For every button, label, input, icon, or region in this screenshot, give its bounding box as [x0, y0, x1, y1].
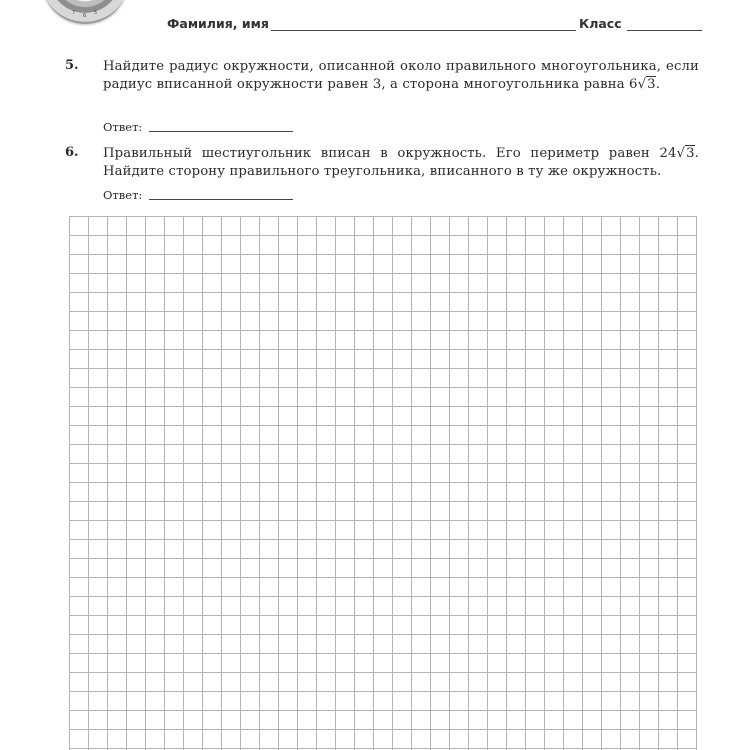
name-label: Фамилия, имя	[167, 16, 269, 31]
dial-mark: 7	[72, 10, 75, 16]
graph-paper-grid[interactable]	[69, 216, 697, 750]
answer-field[interactable]	[149, 131, 293, 132]
answer-field[interactable]	[149, 199, 293, 200]
task-text: Найдите радиус окружности, описанной око…	[103, 58, 699, 94]
dial-mark: 5	[94, 10, 97, 16]
sqrt-symbol: √3	[638, 76, 656, 94]
answer-label: Ответ:	[103, 188, 142, 202]
dial-mark: 6	[83, 13, 86, 19]
answer-label: Ответ:	[103, 120, 142, 134]
answer-row: Ответ:	[103, 188, 293, 202]
task-number: 6.	[65, 145, 79, 160]
class-field[interactable]	[627, 30, 702, 31]
class-label: Класс	[579, 16, 622, 31]
task-text: Правильный шестиугольник вписан в окружн…	[103, 145, 699, 181]
sqrt-symbol: √3	[677, 145, 695, 163]
answer-row: Ответ:	[103, 120, 293, 134]
student-header: Фамилия, имя Класс	[167, 16, 702, 36]
task-number: 5.	[65, 58, 79, 73]
clock-dial-icon: 7 6 5	[42, 0, 128, 24]
name-field[interactable]	[271, 30, 576, 31]
